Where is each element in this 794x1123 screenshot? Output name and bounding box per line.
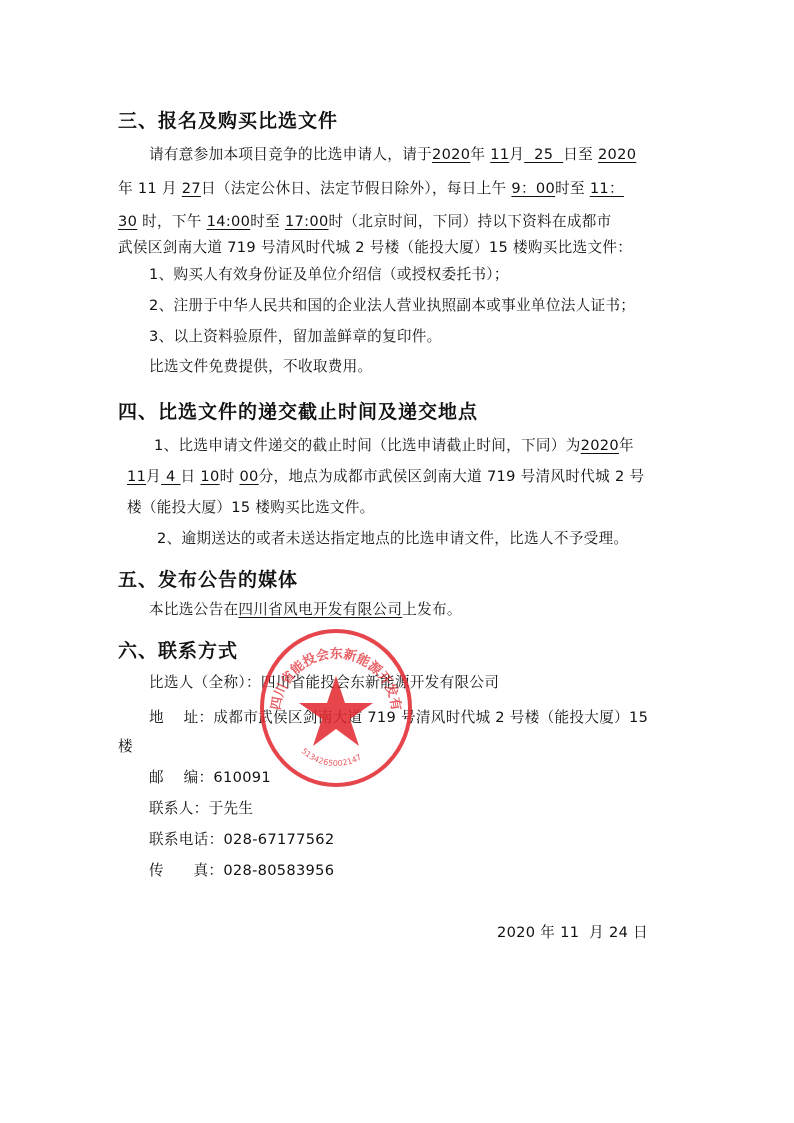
contact-phone: 联系电话：028-67177562 bbox=[149, 830, 334, 850]
section3-item-3: 3、以上资料验原件，留加盖鲜章的复印件。 bbox=[149, 327, 442, 347]
section5-text: 本比选公告在四川省风电开发有限公司上发布。 bbox=[149, 600, 462, 620]
contact-address-line2: 楼 bbox=[118, 737, 133, 757]
section4-heading: 四、比选文件的递交截止时间及递交地点 bbox=[118, 397, 478, 424]
contact-fax: 传 真：028-80583956 bbox=[149, 861, 334, 881]
section3-item-2: 2、注册于中华人民共和国的企业法人营业执照副本或事业单位法人证书； bbox=[149, 296, 635, 316]
section6-heading: 六、联系方式 bbox=[118, 636, 238, 663]
section3-free-note: 比选文件免费提供，不收取费用。 bbox=[149, 357, 372, 377]
seal-number: 5134265002147 bbox=[299, 746, 363, 768]
section3-heading: 三、报名及购买比选文件 bbox=[118, 106, 338, 133]
section3-item-1: 1、购买人有效身份证及单位介绍信（或授权委托书）； bbox=[149, 265, 509, 285]
section3-para-line2: 年 11 月 27日（法定公休日、法定节假日除外），每日上午 9：00时至 11… bbox=[118, 179, 624, 199]
contact-person: 联系人：于先生 bbox=[149, 799, 253, 819]
document-page: 三、报名及购买比选文件 请有意参加本项目竞争的比选申请人，请于2020年 11月… bbox=[0, 0, 794, 1123]
section3-para-line1: 请有意参加本项目竞争的比选申请人，请于2020年 11月 25 日至 2020 bbox=[149, 145, 636, 165]
section4-item2: 2、逾期送达的或者未送达指定地点的比选申请文件，比选人不予受理。 bbox=[157, 529, 628, 549]
seal-star-icon bbox=[299, 676, 373, 746]
section3-para-line3: 30 时，下午 14:00时至 17:00时（北京时间，下同）持以下资料在成都市 bbox=[118, 212, 612, 232]
document-date: 2020 年 11 月 24 日 bbox=[497, 923, 648, 943]
section4-item1-line2: 11月 4 日 10时 00分，地点为成都市武侯区剑南大道 719 号清风时代城… bbox=[127, 467, 644, 487]
company-seal-stamp: 四川省能投会东新能源开发有限公司 5134265002147 bbox=[258, 628, 414, 788]
section5-heading: 五、发布公告的媒体 bbox=[118, 565, 298, 592]
section4-item1-line1: 1、比选申请文件递交的截止时间（比选申请截止时间，下同）为2020年 bbox=[154, 436, 634, 456]
section3-para-line4: 武侯区剑南大道 719 号清风时代城 2 号楼（能投大厦）15 楼购买比选文件： bbox=[118, 238, 632, 258]
media-name: 四川省风电开发有限公司 bbox=[238, 601, 402, 618]
section4-item1-line3: 楼（能投大厦）15 楼购买比选文件。 bbox=[127, 498, 375, 518]
contact-postcode: 邮 编：610091 bbox=[149, 768, 271, 788]
